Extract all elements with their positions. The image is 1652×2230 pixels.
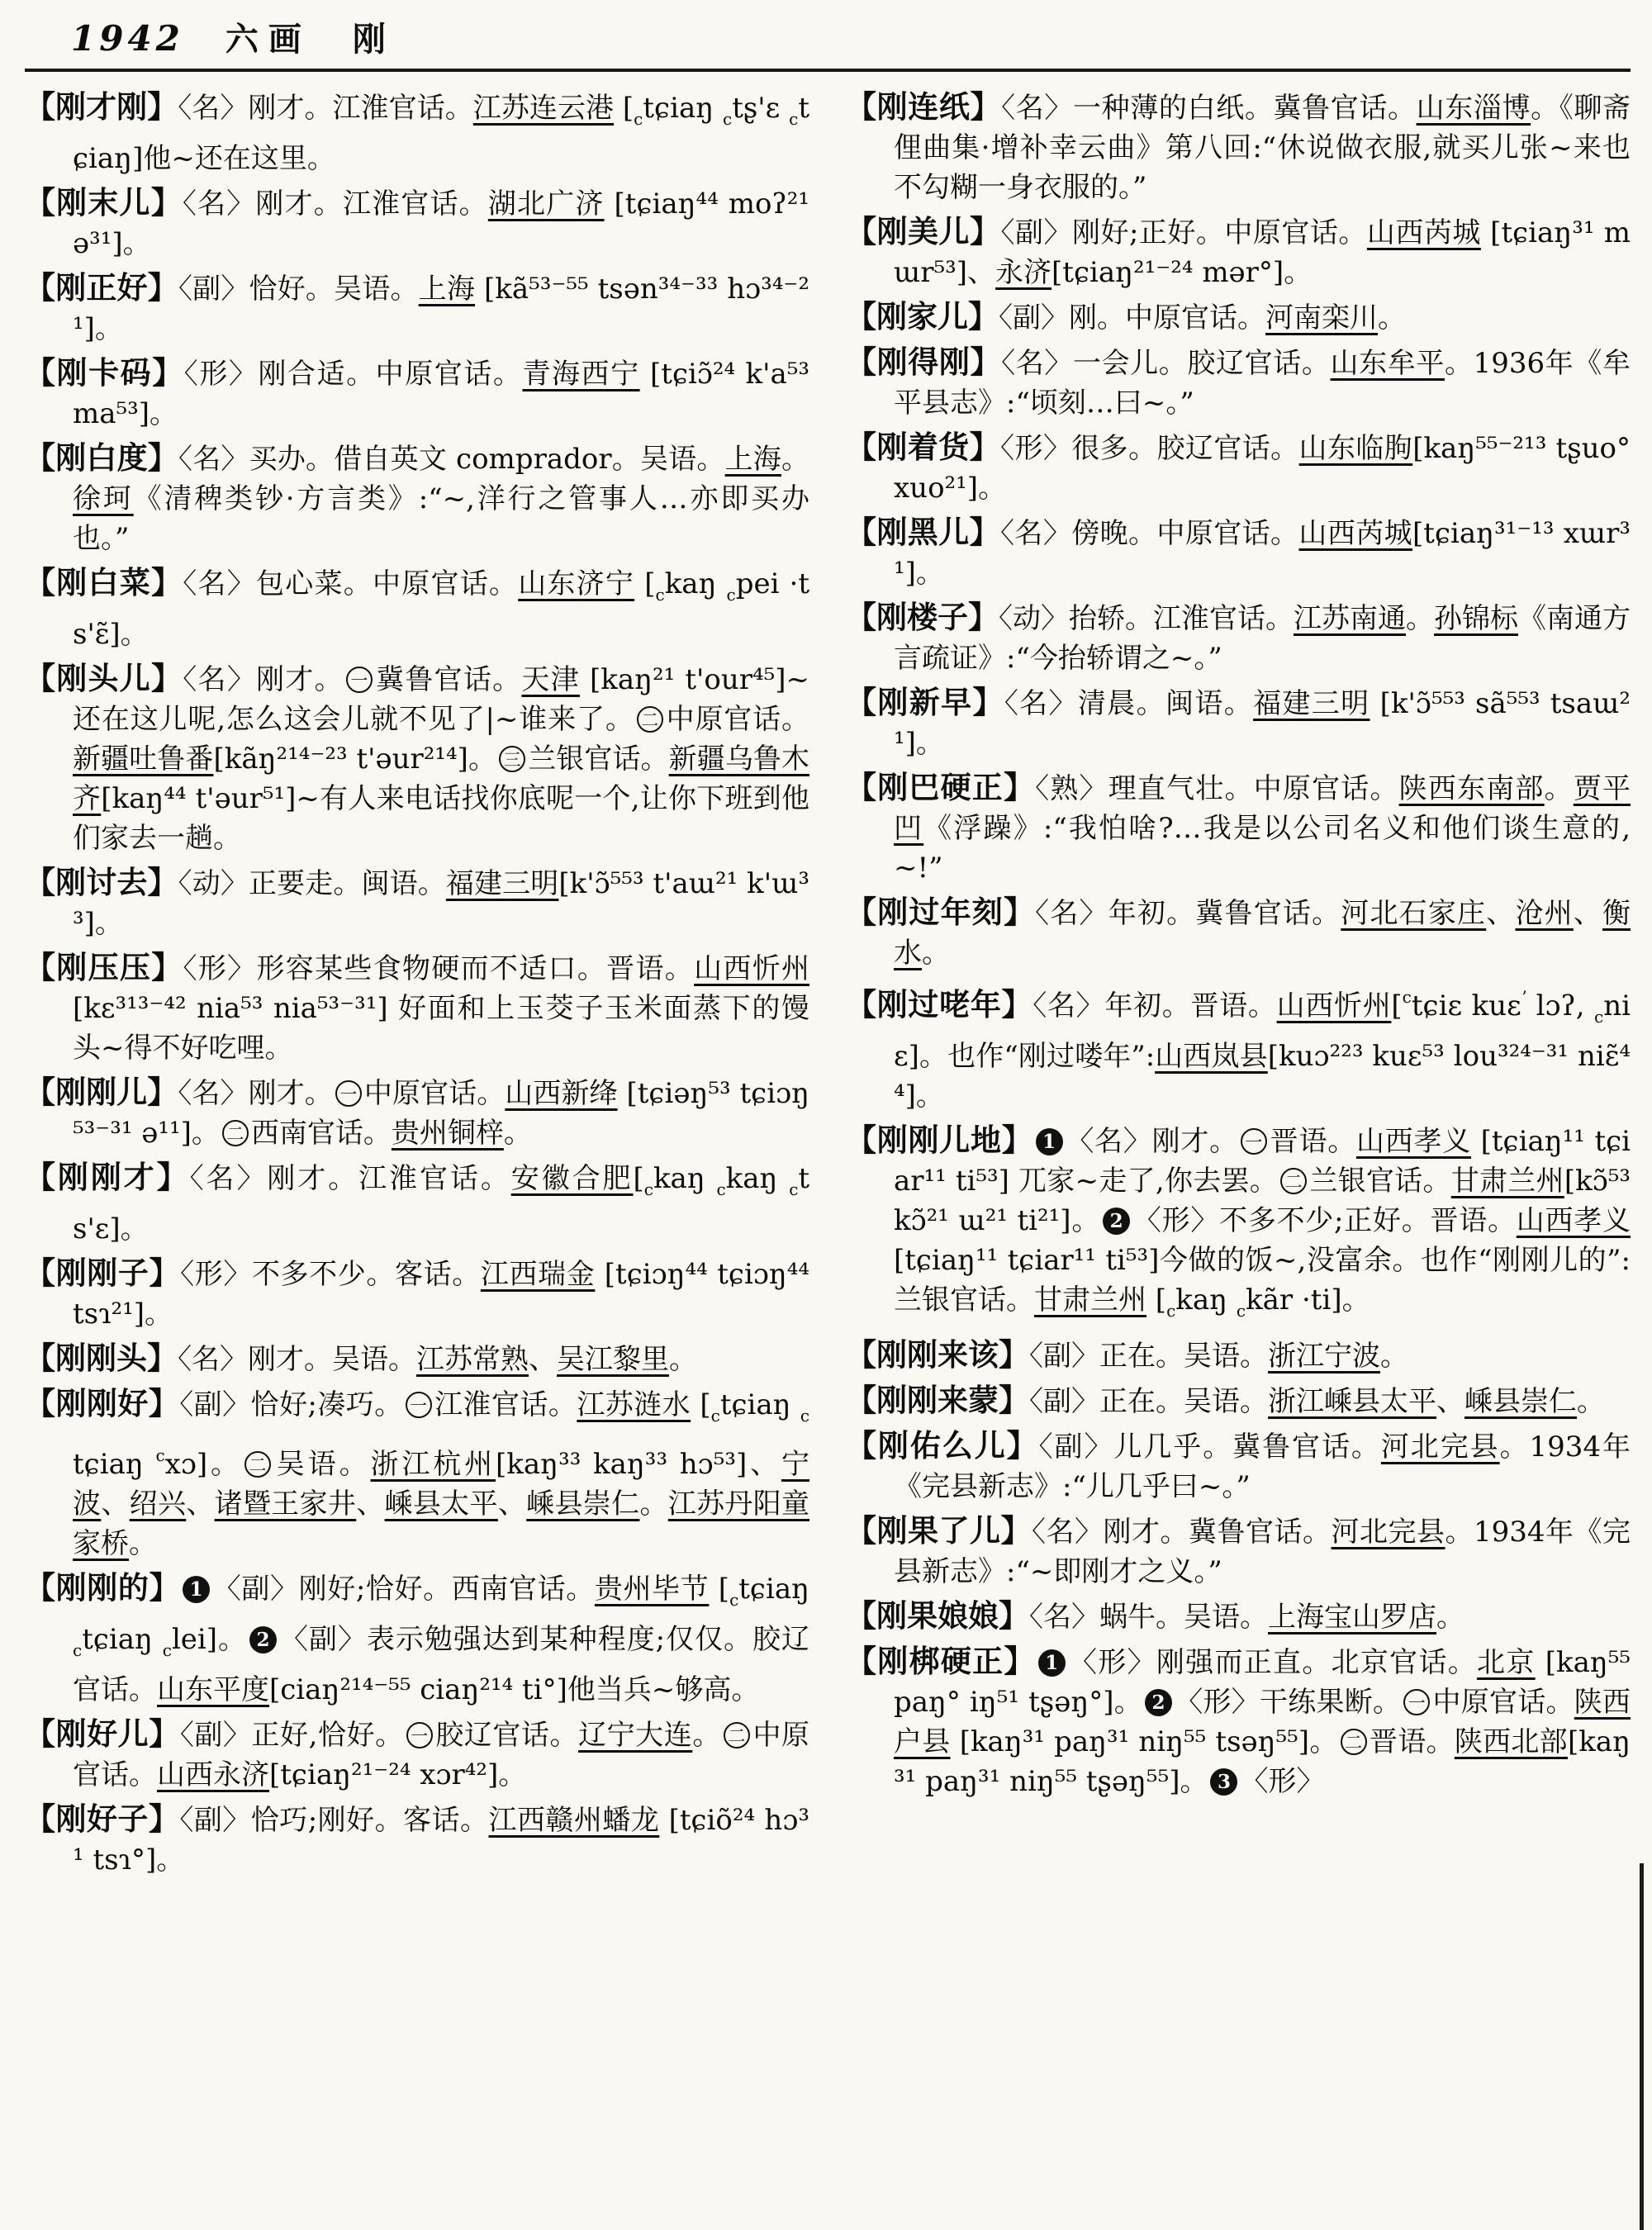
dictionary-entry: 【刚刚来蒙】〈副〉正在。吴语。浙江嵊县太平、嵊县崇仁。 xyxy=(846,1380,1631,1421)
dictionary-entry: 【刚过咾年】〈名〉年初。晋语。山西忻州[ctɕiɛ kuɛʼ lɔʔ, cniɛ… xyxy=(846,977,1631,1116)
entry-text: 〈副〉正在。吴语。 xyxy=(1029,1340,1268,1373)
tone-letter-low: c xyxy=(711,1406,720,1426)
page-number: 1942 xyxy=(71,18,184,59)
entry-text: lɔʔ, xyxy=(1526,989,1594,1022)
dictionary-entry: 【刚才刚】〈名〉刚才。江淮官话。江苏连云港 [ctɕiaŋ ctʂ'ɛ ctɕi… xyxy=(25,87,809,178)
place-name: 贵州铜梓 xyxy=(392,1117,504,1150)
entry-text: 〈形〉 xyxy=(1240,1765,1324,1798)
sense-marker-filled: 2 xyxy=(1145,1689,1172,1716)
place-name: 江西赣州蟠龙 xyxy=(488,1804,659,1837)
entry-headword: 【刚家儿】 xyxy=(846,298,999,334)
entry-text: 〈形〉很多。胶辽官话。 xyxy=(1000,432,1299,465)
entry-text: [kãŋ²¹⁴⁻²³ t'əur²¹⁴]。 xyxy=(213,743,496,776)
dictionary-entry: 【刚楼子】〈动〉抬轿。江淮官话。江苏南通。孙锦标《南通方言疏证》:“今抬轿谓之~… xyxy=(846,597,1631,678)
entry-headword: 【刚好子】 xyxy=(25,1801,179,1837)
entry-text: tɕiaŋ xyxy=(720,1388,800,1421)
entry-text: 〈名〉蜗牛。吴语。 xyxy=(1029,1601,1268,1634)
entry-headword: 【刚刚子】 xyxy=(25,1255,180,1291)
entry-text: 江淮官话。 xyxy=(434,1388,577,1421)
entry-headword: 【刚连纸】 xyxy=(846,88,1001,125)
sense-marker-circled: 二 xyxy=(724,1722,750,1748)
entry-text: kaŋ xyxy=(653,1162,717,1195)
entry-text: 西南官话。 xyxy=(251,1117,392,1150)
entry-text: 。 xyxy=(504,1117,532,1150)
entry-text: 。 xyxy=(692,1719,721,1752)
entry-text: tʂ'ɛ xyxy=(732,92,789,125)
place-name: 山东淄博 xyxy=(1417,92,1531,125)
entry-text: 。 xyxy=(1406,602,1434,635)
entry-headword: 【刚过咾年】 xyxy=(846,986,1032,1022)
entry-text: lei]。 xyxy=(172,1623,247,1656)
sense-marker-filled: 2 xyxy=(249,1626,277,1654)
place-name: 山东平度 xyxy=(157,1673,269,1706)
entry-text: [tɕiaŋ²¹⁻²⁴ mər°]。 xyxy=(1051,256,1312,289)
entry-text: 《清稗类钞·方言类》:“~,洋行之管事人…亦即买办也。” xyxy=(73,482,809,555)
sense-marker-circled: 二 xyxy=(637,706,663,733)
place-name: 浙江杭州 xyxy=(370,1448,496,1481)
dictionary-page: 1942 六画 刚 【刚才刚】〈名〉刚才。江淮官话。江苏连云港 [ctɕiaŋ … xyxy=(0,0,1652,1884)
entry-text: 、 xyxy=(1486,897,1515,930)
tone-letter-low: c xyxy=(716,1179,725,1199)
place-name: 山东牟平 xyxy=(1331,347,1445,380)
entry-text: 〈形〉干练果断。 xyxy=(1175,1686,1401,1719)
entry-text: 、 xyxy=(1436,1385,1464,1418)
stroke-count-label: 六画 xyxy=(225,13,311,60)
tone-letter-high: c xyxy=(155,1445,164,1465)
entry-text: 〈动〉抬轿。江淮官话。 xyxy=(999,602,1294,635)
entry-text: 〈副〉恰好;凑巧。 xyxy=(179,1388,402,1421)
entry-headword: 【刚着货】 xyxy=(846,429,1000,465)
place-name: 山西永济 xyxy=(157,1758,269,1791)
sense-marker-filled: 3 xyxy=(1210,1768,1237,1796)
dictionary-entry: 【刚压压】〈形〉形容某些食物硬而不适口。晋语。山西忻州 [kɛ³¹³⁻⁴² ni… xyxy=(25,947,809,1068)
entry-text: [ciaŋ²¹⁴⁻⁵⁵ ciaŋ²¹⁴ ti°]他当兵~够高。 xyxy=(269,1673,759,1706)
dictionary-entry: 【刚果了儿】〈名〉刚才。冀鲁官话。河北完县。1934年《完县新志》:“~即刚才之… xyxy=(846,1511,1631,1592)
entry-text: 〈形〉不多不少。客话。 xyxy=(180,1258,481,1291)
entry-text: 。 xyxy=(1577,1385,1605,1418)
place-name: 山西岚县 xyxy=(1155,1040,1268,1073)
entry-text: 〈名〉刚才。吴语。 xyxy=(178,1343,416,1376)
tone-letter-low: c xyxy=(800,1406,809,1426)
scan-edge-artifact xyxy=(1640,1863,1644,2230)
place-name: 福建三明 xyxy=(446,867,559,900)
entry-headword: 【刚刚好】 xyxy=(25,1385,179,1421)
place-name: 北京 xyxy=(1477,1646,1536,1679)
entry-headword: 【刚梆硬正】 xyxy=(846,1643,1036,1679)
entry-text: tɕiaŋ xyxy=(643,92,723,125)
entry-headword: 【刚讨去】 xyxy=(25,864,178,900)
guide-character: 刚 xyxy=(353,13,387,60)
place-name: 陕西北部 xyxy=(1455,1725,1568,1758)
entry-text: kaŋ xyxy=(665,567,727,600)
tone-letter-low: c xyxy=(729,1590,738,1610)
entry-text: 《浮躁》:“我怕啥?…我是以公司名义和他们谈生意的,~!” xyxy=(894,812,1631,885)
entry-text: 。 xyxy=(669,1343,697,1376)
dictionary-entry: 【刚刚的】1〈副〉刚好;恰好。西南官话。贵州毕节 [ctɕiaŋ ctɕiaŋ … xyxy=(25,1568,809,1710)
entry-headword: 【刚才刚】 xyxy=(25,88,178,125)
place-name: 山西忻州 xyxy=(694,952,809,985)
place-name: 山西孝义 xyxy=(1517,1204,1631,1237)
right-column: 【刚连纸】〈名〉一种薄的白纸。冀鲁官话。山东淄博。《聊斋俚曲集·增补幸云曲》第八… xyxy=(846,87,1631,1884)
sense-marker-circled: 二 xyxy=(244,1451,271,1478)
entry-headword: 【刚刚儿】 xyxy=(25,1074,178,1110)
entry-headword: 【刚巴硬正】 xyxy=(846,769,1035,805)
entry-text: [ xyxy=(614,92,634,125)
entry-text: 〈熟〉理直气壮。中原官话。 xyxy=(1035,772,1399,805)
dictionary-entry: 【刚过年刻】〈名〉年初。冀鲁官话。河北石家庄、沧州、衡水。 xyxy=(846,892,1631,973)
entry-headword: 【刚刚来蒙】 xyxy=(846,1382,1029,1418)
dictionary-entry: 【刚家儿】〈副〉刚。中原官话。河南栾川。 xyxy=(846,297,1631,338)
entry-text: 、 xyxy=(498,1487,526,1521)
entry-text: tɕiɛ kuɛ xyxy=(1412,989,1521,1022)
place-name: 甘肃兰州 xyxy=(1451,1165,1564,1198)
entry-text: 〈名〉刚才。江淮官话。 xyxy=(190,1162,511,1195)
entry-text: 冀鲁官话。 xyxy=(375,663,522,696)
entry-text: 〈形〉形容某些食物硬而不适口。晋语。 xyxy=(183,952,695,985)
entry-headword: 【刚末儿】 xyxy=(25,184,183,221)
entry-text: 胶辽官话。 xyxy=(435,1719,578,1752)
entry-text: 兰银官话。 xyxy=(1309,1165,1451,1198)
entry-text: 。 xyxy=(922,937,950,970)
entry-text: 晋语。 xyxy=(1270,1125,1356,1158)
place-name: 诸暨王家井 xyxy=(215,1487,357,1521)
dictionary-entry: 【刚梆硬正】1〈形〉刚强而正直。北京官话。北京 [kaŋ⁵⁵ paŋ° iŋ⁵¹… xyxy=(846,1641,1631,1801)
entry-text: 中原官话。 xyxy=(1432,1686,1574,1719)
entry-text: tɕiaŋ xyxy=(73,1448,155,1481)
entry-text: 兰银官话。 xyxy=(528,743,669,776)
tone-letter-low: c xyxy=(644,1179,653,1199)
entry-headword: 【刚正好】 xyxy=(25,269,178,306)
sense-marker-circled: 一 xyxy=(406,1392,432,1418)
entry-headword: 【刚好儿】 xyxy=(25,1715,180,1752)
entry-headword: 【刚楼子】 xyxy=(846,599,999,635)
entry-text: [ xyxy=(633,1162,643,1195)
entry-text: kaŋ xyxy=(726,1162,790,1195)
tone-letter-low: c xyxy=(1594,1007,1603,1027)
place-name: 沧州 xyxy=(1515,897,1573,930)
header-rule xyxy=(25,69,1631,72)
dictionary-entry: 【刚刚儿地】1〈名〉刚才。一晋语。山西孝义 [tɕiaŋ¹¹ tɕiar¹¹ t… xyxy=(846,1120,1631,1331)
entry-text: 。 xyxy=(1378,301,1406,334)
dictionary-entry: 【刚刚儿】〈名〉刚才。一中原官话。山西新绛 [tɕiəŋ⁵³ tɕiɔŋ⁵³⁻³… xyxy=(25,1072,809,1153)
entry-text: 。 xyxy=(1380,1340,1408,1373)
entry-text: 〈名〉买办。借自英文 comprador。吴语。 xyxy=(178,443,725,476)
dictionary-entry: 【刚讨去】〈动〉正要走。闽语。福建三明[k'ɔ̃⁵⁵³ t'aɯ²¹ k'ɯ³³… xyxy=(25,862,809,943)
place-name: 上海宝山罗店 xyxy=(1268,1601,1436,1634)
place-name: 嵊县崇仁 xyxy=(526,1487,639,1521)
dictionary-entry: 【刚好子】〈副〉恰巧;刚好。客话。江西赣州蟠龙 [tɕiõ²⁴ hɔ³¹ tsɿ… xyxy=(25,1799,809,1880)
entry-text: 〈名〉刚才。 xyxy=(183,663,344,696)
entry-headword: 【刚黑儿】 xyxy=(846,514,1000,550)
entry-text: 、 xyxy=(1574,897,1602,930)
entry-text: [ xyxy=(1146,1283,1166,1317)
sense-marker-circled: 二 xyxy=(1341,1729,1367,1755)
entry-text: 〈名〉刚才。 xyxy=(178,1077,332,1110)
place-name: 江苏常熟 xyxy=(416,1343,529,1376)
sense-marker-circled: 三 xyxy=(499,746,525,772)
entry-text: 〈副〉正好,恰好。 xyxy=(180,1719,404,1752)
sense-marker-filled: 2 xyxy=(1103,1208,1130,1235)
tone-letter-low: c xyxy=(73,1640,82,1660)
place-name: 山西芮城 xyxy=(1298,517,1412,550)
entry-text: [tɕiaŋ²¹⁻²⁴ xɔr⁴²]。 xyxy=(269,1758,526,1791)
entry-headword: 【刚美儿】 xyxy=(846,213,1000,249)
dictionary-entry: 【刚末儿】〈名〉刚才。江淮官话。湖北广济 [tɕiaŋ⁴⁴ moʔ²¹ ə³¹]… xyxy=(25,183,809,263)
place-name: 永济 xyxy=(995,256,1051,289)
place-name: 甘肃兰州 xyxy=(1034,1283,1146,1317)
dictionary-entry: 【刚巴硬正】〈熟〉理直气壮。中原官话。陕西东南部。贾平凹《浮躁》:“我怕啥?…我… xyxy=(846,767,1631,888)
place-name: 浙江嵊县太平 xyxy=(1268,1385,1436,1418)
dictionary-entry: 【刚刚来该】〈副〉正在。吴语。浙江宁波。 xyxy=(846,1335,1631,1376)
entry-text: 〈形〉不多不少;正好。晋语。 xyxy=(1132,1204,1517,1237)
tone-letter-low: c xyxy=(656,585,665,605)
sense-marker-circled: 二 xyxy=(1280,1168,1307,1194)
dictionary-entry: 【刚连纸】〈名〉一种薄的白纸。冀鲁官话。山东淄博。《聊斋俚曲集·增补幸云曲》第八… xyxy=(846,87,1631,207)
sense-marker-circled: 一 xyxy=(1403,1689,1430,1715)
entry-text: kãr ·ti]。 xyxy=(1246,1283,1370,1317)
sense-marker-circled: 二 xyxy=(222,1120,249,1146)
place-name: 河北完县 xyxy=(1332,1516,1445,1549)
entry-text: [kɛ³¹³⁻⁴² nia⁵³ nia⁵³⁻³¹] 好面和上玉茭子玉米面蒸下的馒… xyxy=(73,992,809,1065)
place-name: 山西芮城 xyxy=(1367,216,1481,249)
entry-text: xɔ]。 xyxy=(165,1448,242,1481)
place-name: 河北石家庄 xyxy=(1341,897,1486,930)
sense-marker-circled: 一 xyxy=(1241,1128,1267,1155)
entry-text: 〈名〉清晨。闽语。 xyxy=(1004,687,1253,720)
sense-marker-filled: 1 xyxy=(183,1576,210,1603)
place-name: 孙锦标 xyxy=(1434,602,1518,635)
dictionary-entry: 【刚好儿】〈副〉正好,恰好。一胶辽官话。辽宁大连。二中原官话。山西永济[tɕia… xyxy=(25,1714,809,1795)
tone-letter-low: c xyxy=(1166,1301,1175,1321)
entry-headword: 【刚刚才】 xyxy=(25,1159,190,1195)
entry-text: tɕiaŋ xyxy=(82,1623,163,1656)
entry-text: 〈名〉一会儿。胶辽官话。 xyxy=(1001,347,1330,380)
dictionary-entry: 【刚头儿】〈名〉刚才。一冀鲁官话。天津 [kaŋ²¹ t'our⁴⁵]~还在这儿… xyxy=(25,658,809,858)
entry-headword: 【刚卡码】 xyxy=(25,354,184,391)
dictionary-entry: 【刚新早】〈名〉清晨。闽语。福建三明 [k'ɔ̃⁵⁵³ sã⁵⁵³ tsaɯ²¹… xyxy=(846,682,1631,763)
sense-marker-circled: 一 xyxy=(335,1080,362,1107)
entry-text: 。 xyxy=(1545,772,1574,805)
tone-letter-low: c xyxy=(727,585,736,605)
entry-text: 、 xyxy=(186,1487,214,1521)
page-header: 1942 六画 刚 xyxy=(25,13,1631,60)
dictionary-entry: 【刚黑儿】〈名〉傍晚。中原官话。山西芮城[tɕiaŋ³¹⁻¹³ xɯr³¹]。 xyxy=(846,512,1631,593)
entry-headword: 【刚刚儿地】 xyxy=(846,1122,1033,1158)
entry-text: [ xyxy=(634,567,655,600)
place-name: 新疆吐鲁番 xyxy=(73,743,213,776)
entry-text: 〈副〉恰好。吴语。 xyxy=(178,273,419,306)
dictionary-entry: 【刚得刚】〈名〉一会儿。胶辽官话。山东牟平。1936年《牟平县志》:“顷刻…曰~… xyxy=(846,342,1631,423)
place-name: 湖北广济 xyxy=(488,187,605,221)
place-name: 上海 xyxy=(419,273,475,306)
tone-letter-low: c xyxy=(789,1179,798,1199)
dictionary-entry: 【刚着货】〈形〉很多。胶辽官话。山东临朐[kaŋ⁵⁵⁻²¹³ tʂuo° xuo… xyxy=(846,427,1631,508)
entry-text: 〈名〉年初。冀鲁官话。 xyxy=(1035,897,1341,930)
entry-headword: 【刚白菜】 xyxy=(25,564,183,600)
place-name: 福建三明 xyxy=(1253,687,1370,720)
place-name: 江苏连云港 xyxy=(473,92,614,125)
entry-text: 〈名〉一种薄的白纸。冀鲁官话。 xyxy=(1001,92,1416,125)
entry-text: 吴语。 xyxy=(273,1448,371,1481)
place-name: 徐珂 xyxy=(73,482,134,515)
place-name: 河北完县 xyxy=(1381,1431,1500,1464)
place-name: 山东临朐 xyxy=(1299,432,1413,465)
entry-text: [kaŋ³¹ paŋ³¹ niŋ⁵⁵ tsəŋ⁵⁵]。 xyxy=(951,1725,1338,1758)
entry-headword: 【刚果了儿】 xyxy=(846,1512,1032,1549)
two-column-body: 【刚才刚】〈名〉刚才。江淮官话。江苏连云港 [ctɕiaŋ ctʂ'ɛ ctɕi… xyxy=(25,87,1631,1884)
entry-text: 中原官话。 xyxy=(666,703,809,736)
entry-headword: 【刚新早】 xyxy=(846,684,1004,720)
entry-text: 〈名〉刚才。 xyxy=(1066,1125,1238,1158)
entry-text: 〈形〉刚合适。中原官话。 xyxy=(184,358,523,391)
entry-text: [ xyxy=(691,1388,711,1421)
entry-headword: 【刚头儿】 xyxy=(25,660,183,696)
entry-text: 〈形〉刚强而正直。北京官话。 xyxy=(1068,1646,1477,1679)
entry-text: 〈副〉刚。中原官话。 xyxy=(999,301,1265,334)
entry-headword: 【刚白度】 xyxy=(25,439,178,476)
place-name: 江苏涟水 xyxy=(577,1388,691,1421)
sense-marker-filled: 1 xyxy=(1036,1128,1063,1155)
place-name: 江苏南通 xyxy=(1294,602,1406,635)
entry-text: [kaŋ⁴⁴ t'əur⁵¹]~有人来电话找你底呢一个,让你下班到他们家去一趟。 xyxy=(73,782,809,855)
dictionary-entry: 【刚刚头】〈名〉刚才。吴语。江苏常熟、吴江黎里。 xyxy=(25,1338,809,1379)
tone-letter-low: c xyxy=(1237,1301,1246,1321)
entry-text: 〈名〉年初。晋语。 xyxy=(1032,989,1276,1022)
sense-marker-circled: 一 xyxy=(346,667,373,693)
entry-headword: 【刚果娘娘】 xyxy=(846,1597,1029,1634)
place-name: 山西新绛 xyxy=(505,1077,617,1110)
entry-text: 〈名〉刚才。江淮官话。 xyxy=(178,92,473,125)
place-name: 上海 xyxy=(725,443,781,476)
entry-text: 。 xyxy=(1436,1601,1464,1634)
place-name: 江西瑞金 xyxy=(481,1258,595,1291)
entry-text: 〈副〉刚好;恰好。西南官话。 xyxy=(212,1573,595,1606)
place-name: 浙江宁波 xyxy=(1268,1340,1380,1373)
entry-text: 〈动〉正要走。闽语。 xyxy=(178,867,446,900)
dictionary-entry: 【刚白菜】〈名〉包心菜。中原官话。山东济宁 [ckaŋ cpei ·ts'ɛ̃]… xyxy=(25,562,809,654)
entry-text: 〈名〉刚才。江淮官话。 xyxy=(183,187,488,221)
entry-text: kaŋ xyxy=(1175,1283,1237,1317)
entry-text: 〈副〉儿几乎。冀鲁官话。 xyxy=(1039,1431,1381,1464)
entry-headword: 【刚过年刻】 xyxy=(846,894,1035,930)
dictionary-entry: 【刚果娘娘】〈名〉蜗牛。吴语。上海宝山罗店。 xyxy=(846,1596,1631,1637)
entry-text: [ xyxy=(1391,989,1402,1022)
place-name: 辽宁大连 xyxy=(578,1719,692,1752)
entry-headword: 【刚刚来该】 xyxy=(846,1336,1029,1373)
dictionary-entry: 【刚白度】〈名〉买办。借自英文 comprador。吴语。上海。徐珂《清稗类钞·… xyxy=(25,438,809,558)
tone-letter-low: c xyxy=(163,1640,172,1660)
entry-text: 、 xyxy=(356,1487,384,1521)
place-name: 嵊县崇仁 xyxy=(1464,1385,1577,1418)
place-name: 绍兴 xyxy=(130,1487,187,1521)
entry-text: 晋语。 xyxy=(1370,1725,1455,1758)
place-name: 河南栾川 xyxy=(1265,301,1378,334)
entry-headword: 【刚压压】 xyxy=(25,949,183,985)
tone-letter-low: c xyxy=(789,109,798,129)
entry-text: 〈副〉正在。吴语。 xyxy=(1029,1385,1268,1418)
place-name: 天津 xyxy=(521,663,580,696)
tone-letter-low: c xyxy=(634,109,643,129)
dictionary-entry: 【刚卡码】〈形〉刚合适。中原官话。青海西宁 [tɕiɔ̃²⁴ k'a⁵³ ma⁵… xyxy=(25,353,809,434)
entry-text: 、 xyxy=(529,1343,557,1376)
entry-text: 、 xyxy=(101,1487,129,1521)
sense-marker-circled: 一 xyxy=(406,1722,433,1748)
entry-text: tɕiaŋ xyxy=(738,1573,809,1606)
place-name: 青海西宁 xyxy=(522,358,639,391)
entry-text: [ xyxy=(709,1573,729,1606)
place-name: 山东济宁 xyxy=(518,567,634,600)
dictionary-entry: 【刚刚子】〈形〉不多不少。客话。江西瑞金 [tɕiɔŋ⁴⁴ tɕiɔŋ⁴⁴ ts… xyxy=(25,1253,809,1334)
dictionary-entry: 【刚佑么儿】〈副〉儿几乎。冀鲁官话。河北完县。1934年《完县新志》:“儿几乎曰… xyxy=(846,1426,1631,1506)
entry-text: 〈副〉刚好;正好。中原官话。 xyxy=(1000,216,1366,249)
sense-marker-filled: 1 xyxy=(1038,1649,1066,1677)
place-name: 嵊县太平 xyxy=(385,1487,498,1521)
place-name: 吴江黎里 xyxy=(557,1343,669,1376)
dictionary-entry: 【刚正好】〈副〉恰好。吴语。上海 [kã⁵³⁻⁵⁵ tsən³⁴⁻³³ hɔ³⁴… xyxy=(25,268,809,349)
entry-headword: 【刚佑么儿】 xyxy=(846,1427,1039,1464)
place-name: 陕西东南部 xyxy=(1399,772,1545,805)
entry-headword: 【刚刚的】 xyxy=(25,1569,180,1606)
entry-text: 。 xyxy=(129,1527,157,1560)
entry-text: 〈名〉刚才。冀鲁官话。 xyxy=(1032,1516,1332,1549)
place-name: 山西孝义 xyxy=(1356,1125,1471,1158)
place-name: 山西忻州 xyxy=(1277,989,1392,1022)
dictionary-entry: 【刚刚好】〈副〉恰好;凑巧。一江淮官话。江苏涟水 [ctɕiaŋ ctɕiaŋ … xyxy=(25,1383,809,1563)
entry-text: 〈名〉傍晚。中原官话。 xyxy=(1000,517,1298,550)
tone-letter-high: c xyxy=(1403,987,1412,1007)
entry-headword: 【刚得刚】 xyxy=(846,344,1001,380)
entry-text: 。 xyxy=(781,443,809,476)
dictionary-entry: 【刚美儿】〈副〉刚好;正好。中原官话。山西芮城 [tɕiaŋ³¹ mɯr⁵³]、… xyxy=(846,211,1631,292)
tone-letter-low: c xyxy=(723,109,732,129)
place-name: 安徽合肥 xyxy=(511,1162,634,1195)
entry-headword: 【刚刚头】 xyxy=(25,1340,178,1376)
entry-text: 〈副〉恰巧;刚好。客话。 xyxy=(179,1804,488,1837)
entry-text: [kaŋ³³ kaŋ³³ hɔ⁵³]、 xyxy=(496,1448,781,1481)
left-column: 【刚才刚】〈名〉刚才。江淮官话。江苏连云港 [ctɕiaŋ ctʂ'ɛ ctɕi… xyxy=(25,87,809,1884)
entry-text: 。 xyxy=(639,1487,667,1521)
entry-text: 〈名〉包心菜。中原官话。 xyxy=(183,567,518,600)
entry-text: 中原官话。 xyxy=(364,1077,505,1110)
dictionary-entry: 【刚刚才】〈名〉刚才。江淮官话。安徽合肥[ckaŋ ckaŋ cts'ɛ]。 xyxy=(25,1157,809,1249)
place-name: 贵州毕节 xyxy=(595,1573,709,1606)
